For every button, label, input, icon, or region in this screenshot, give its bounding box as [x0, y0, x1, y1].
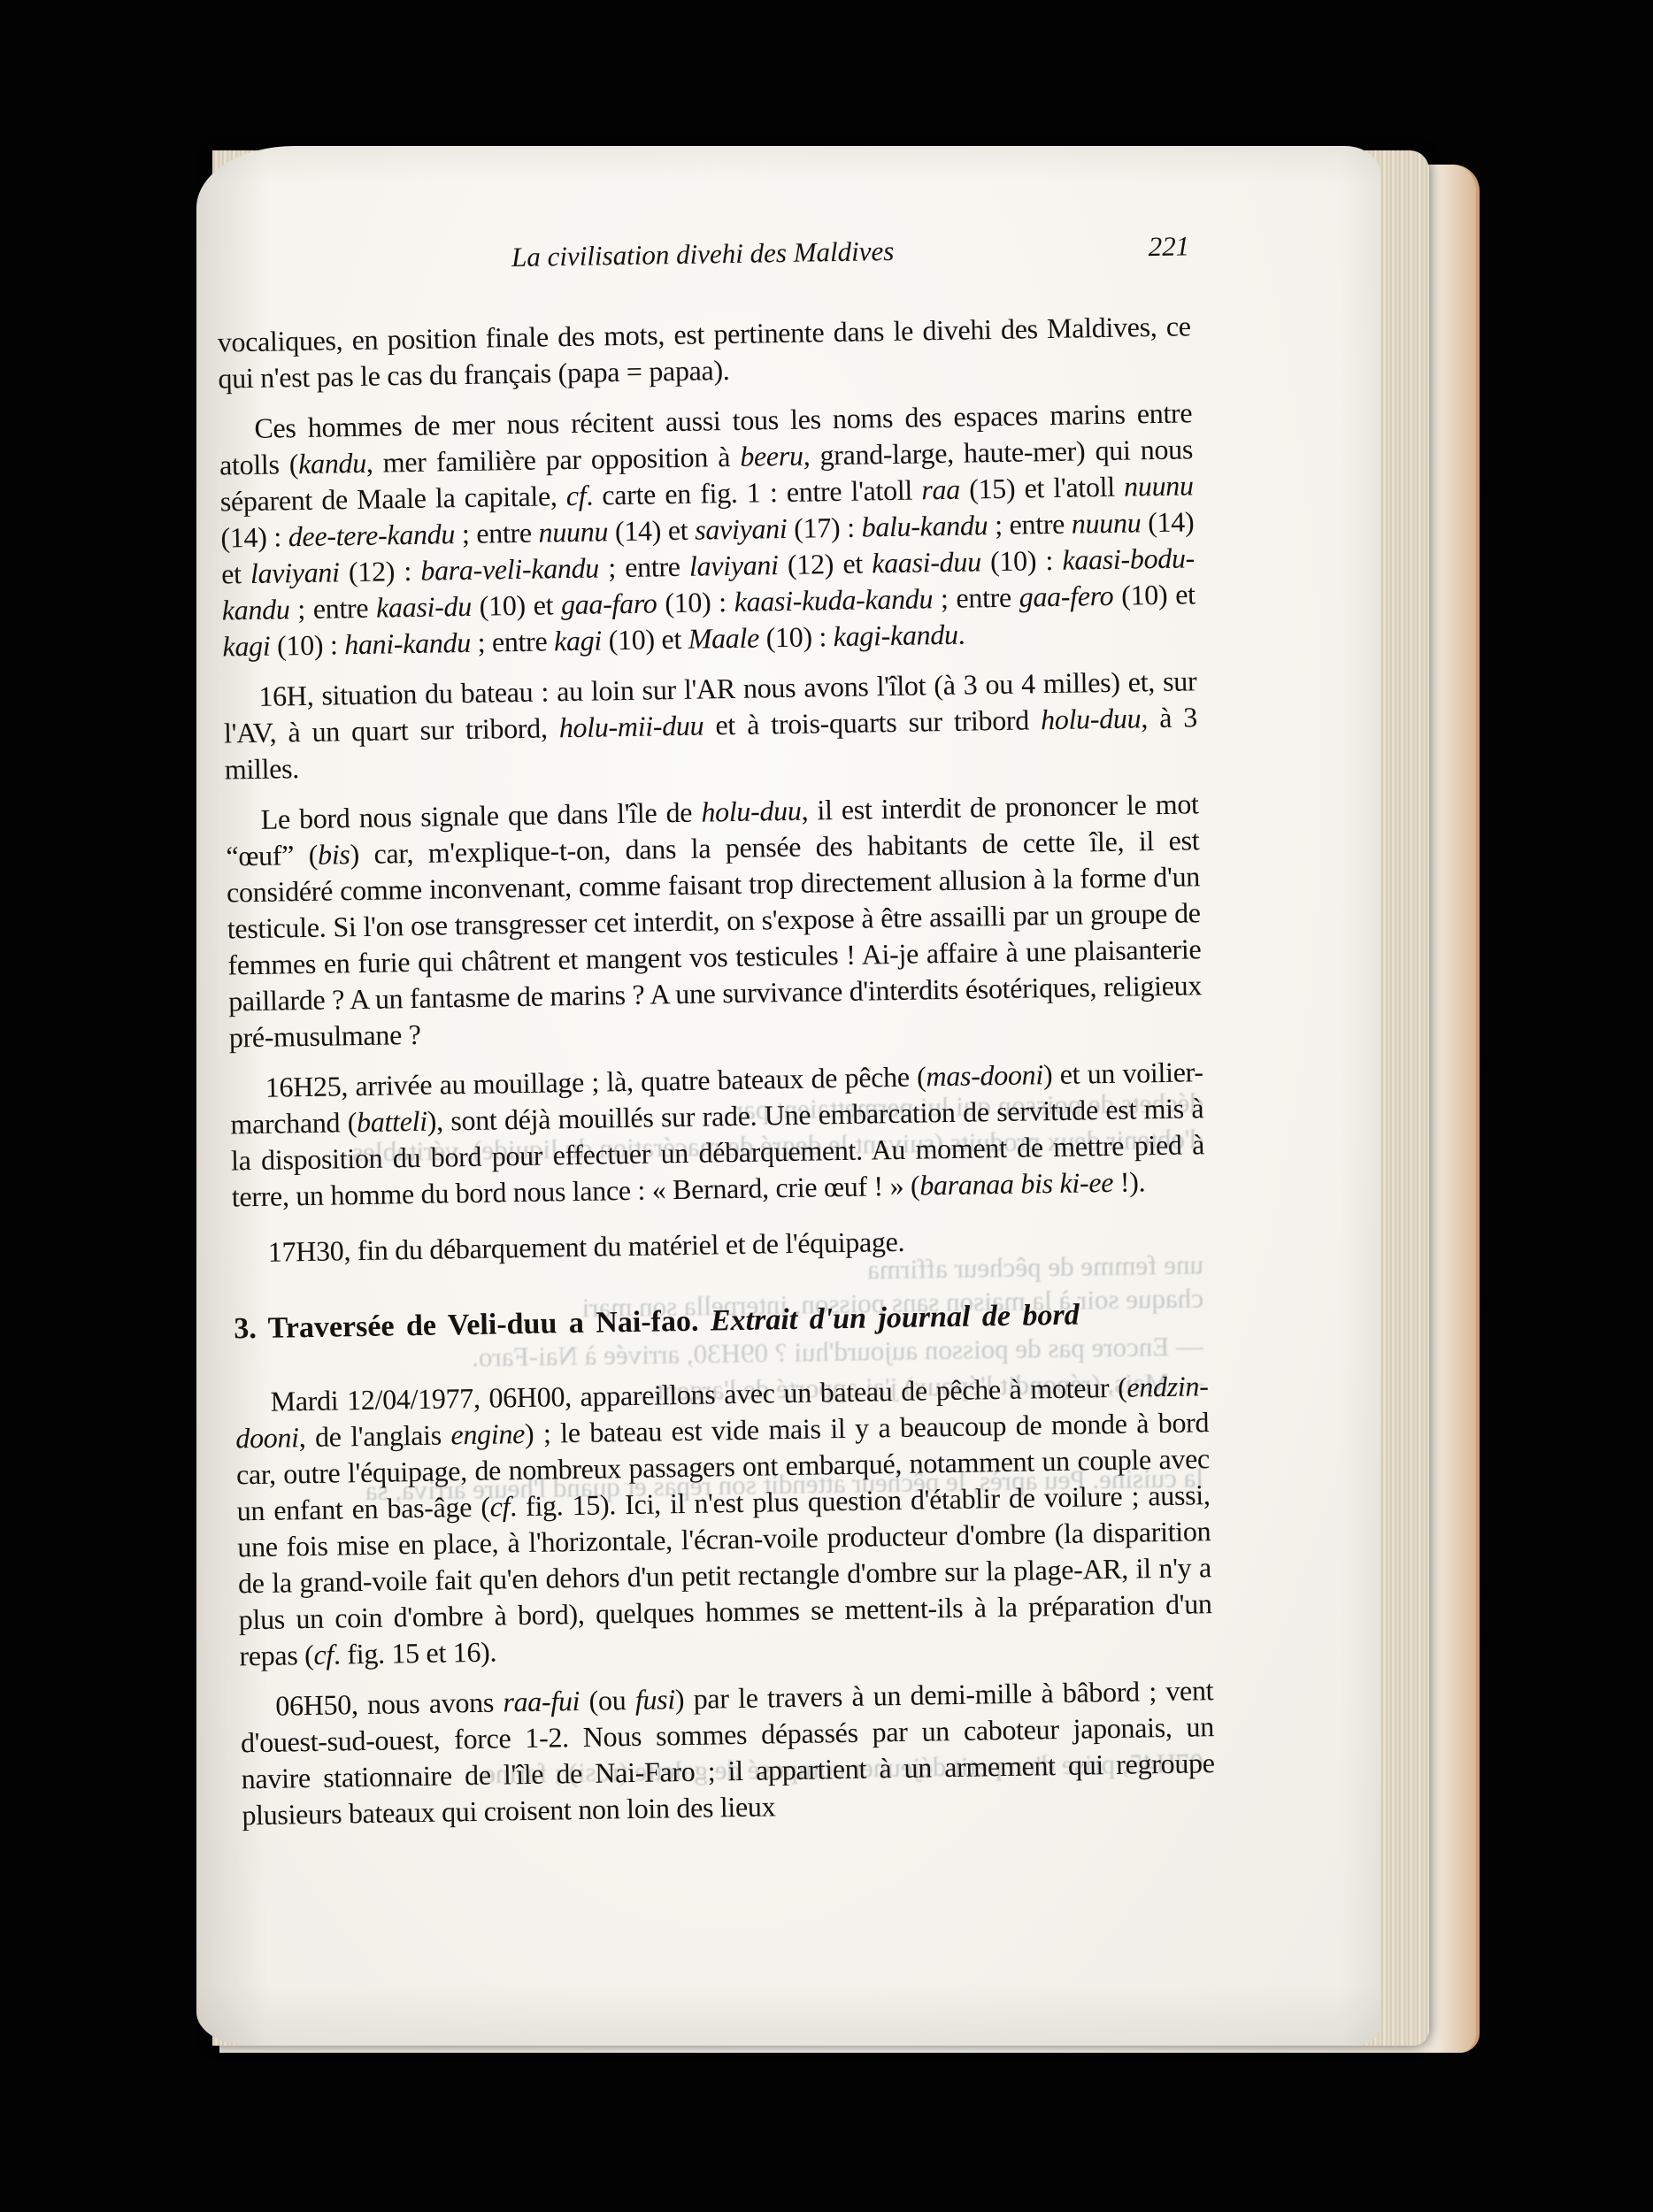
paragraph-interdit-oeuf: Le bord nous signale que dans l'île de h… [225, 786, 1203, 1056]
paragraph-vocaliques: vocaliques, en position finale des mots,… [217, 308, 1191, 396]
page-number: 221 [1148, 227, 1189, 265]
section-heading-italic: Extrait d'un journal de bord [711, 1299, 1080, 1338]
book-page: déchets de poisson qui lui permettaient … [196, 146, 1380, 2046]
paragraph-16h-situation: 16H, situation du bateau : au loin sur l… [223, 663, 1198, 787]
paragraph-mardi-appareillage: Mardi 12/04/1977, 06H00, appareillons av… [234, 1368, 1212, 1674]
paragraph-espaces-marins: Ces hommes de mer nous récitent aussi to… [219, 395, 1196, 664]
running-head-title: La civilisation divehi des Maldives [511, 235, 895, 273]
paragraph-06h50: 06H50, nous avons raa-fui (ou fusi) par … [240, 1672, 1216, 1833]
section-heading-lead: 3. Traversée de Veli-duu a Nai-fao. [234, 1305, 699, 1346]
body-text: vocaliques, en position finale des mots,… [217, 308, 1215, 1833]
paragraph-17h30: 17H30, fin du débarquement du matériel e… [233, 1218, 1207, 1271]
section-heading: 3. Traversée de Veli-duu a Nai-fao. Extr… [234, 1294, 1208, 1348]
book-photo: déchets de poisson qui lui permettaient … [0, 0, 1653, 2212]
running-head: La civilisation divehi des Maldives 221 [216, 227, 1190, 280]
printed-page-content: La civilisation divehi des Maldives 221 … [181, 136, 1395, 2055]
paragraph-16h25-mouillage: 16H25, arrivée au mouillage ; là, quatre… [229, 1054, 1205, 1215]
